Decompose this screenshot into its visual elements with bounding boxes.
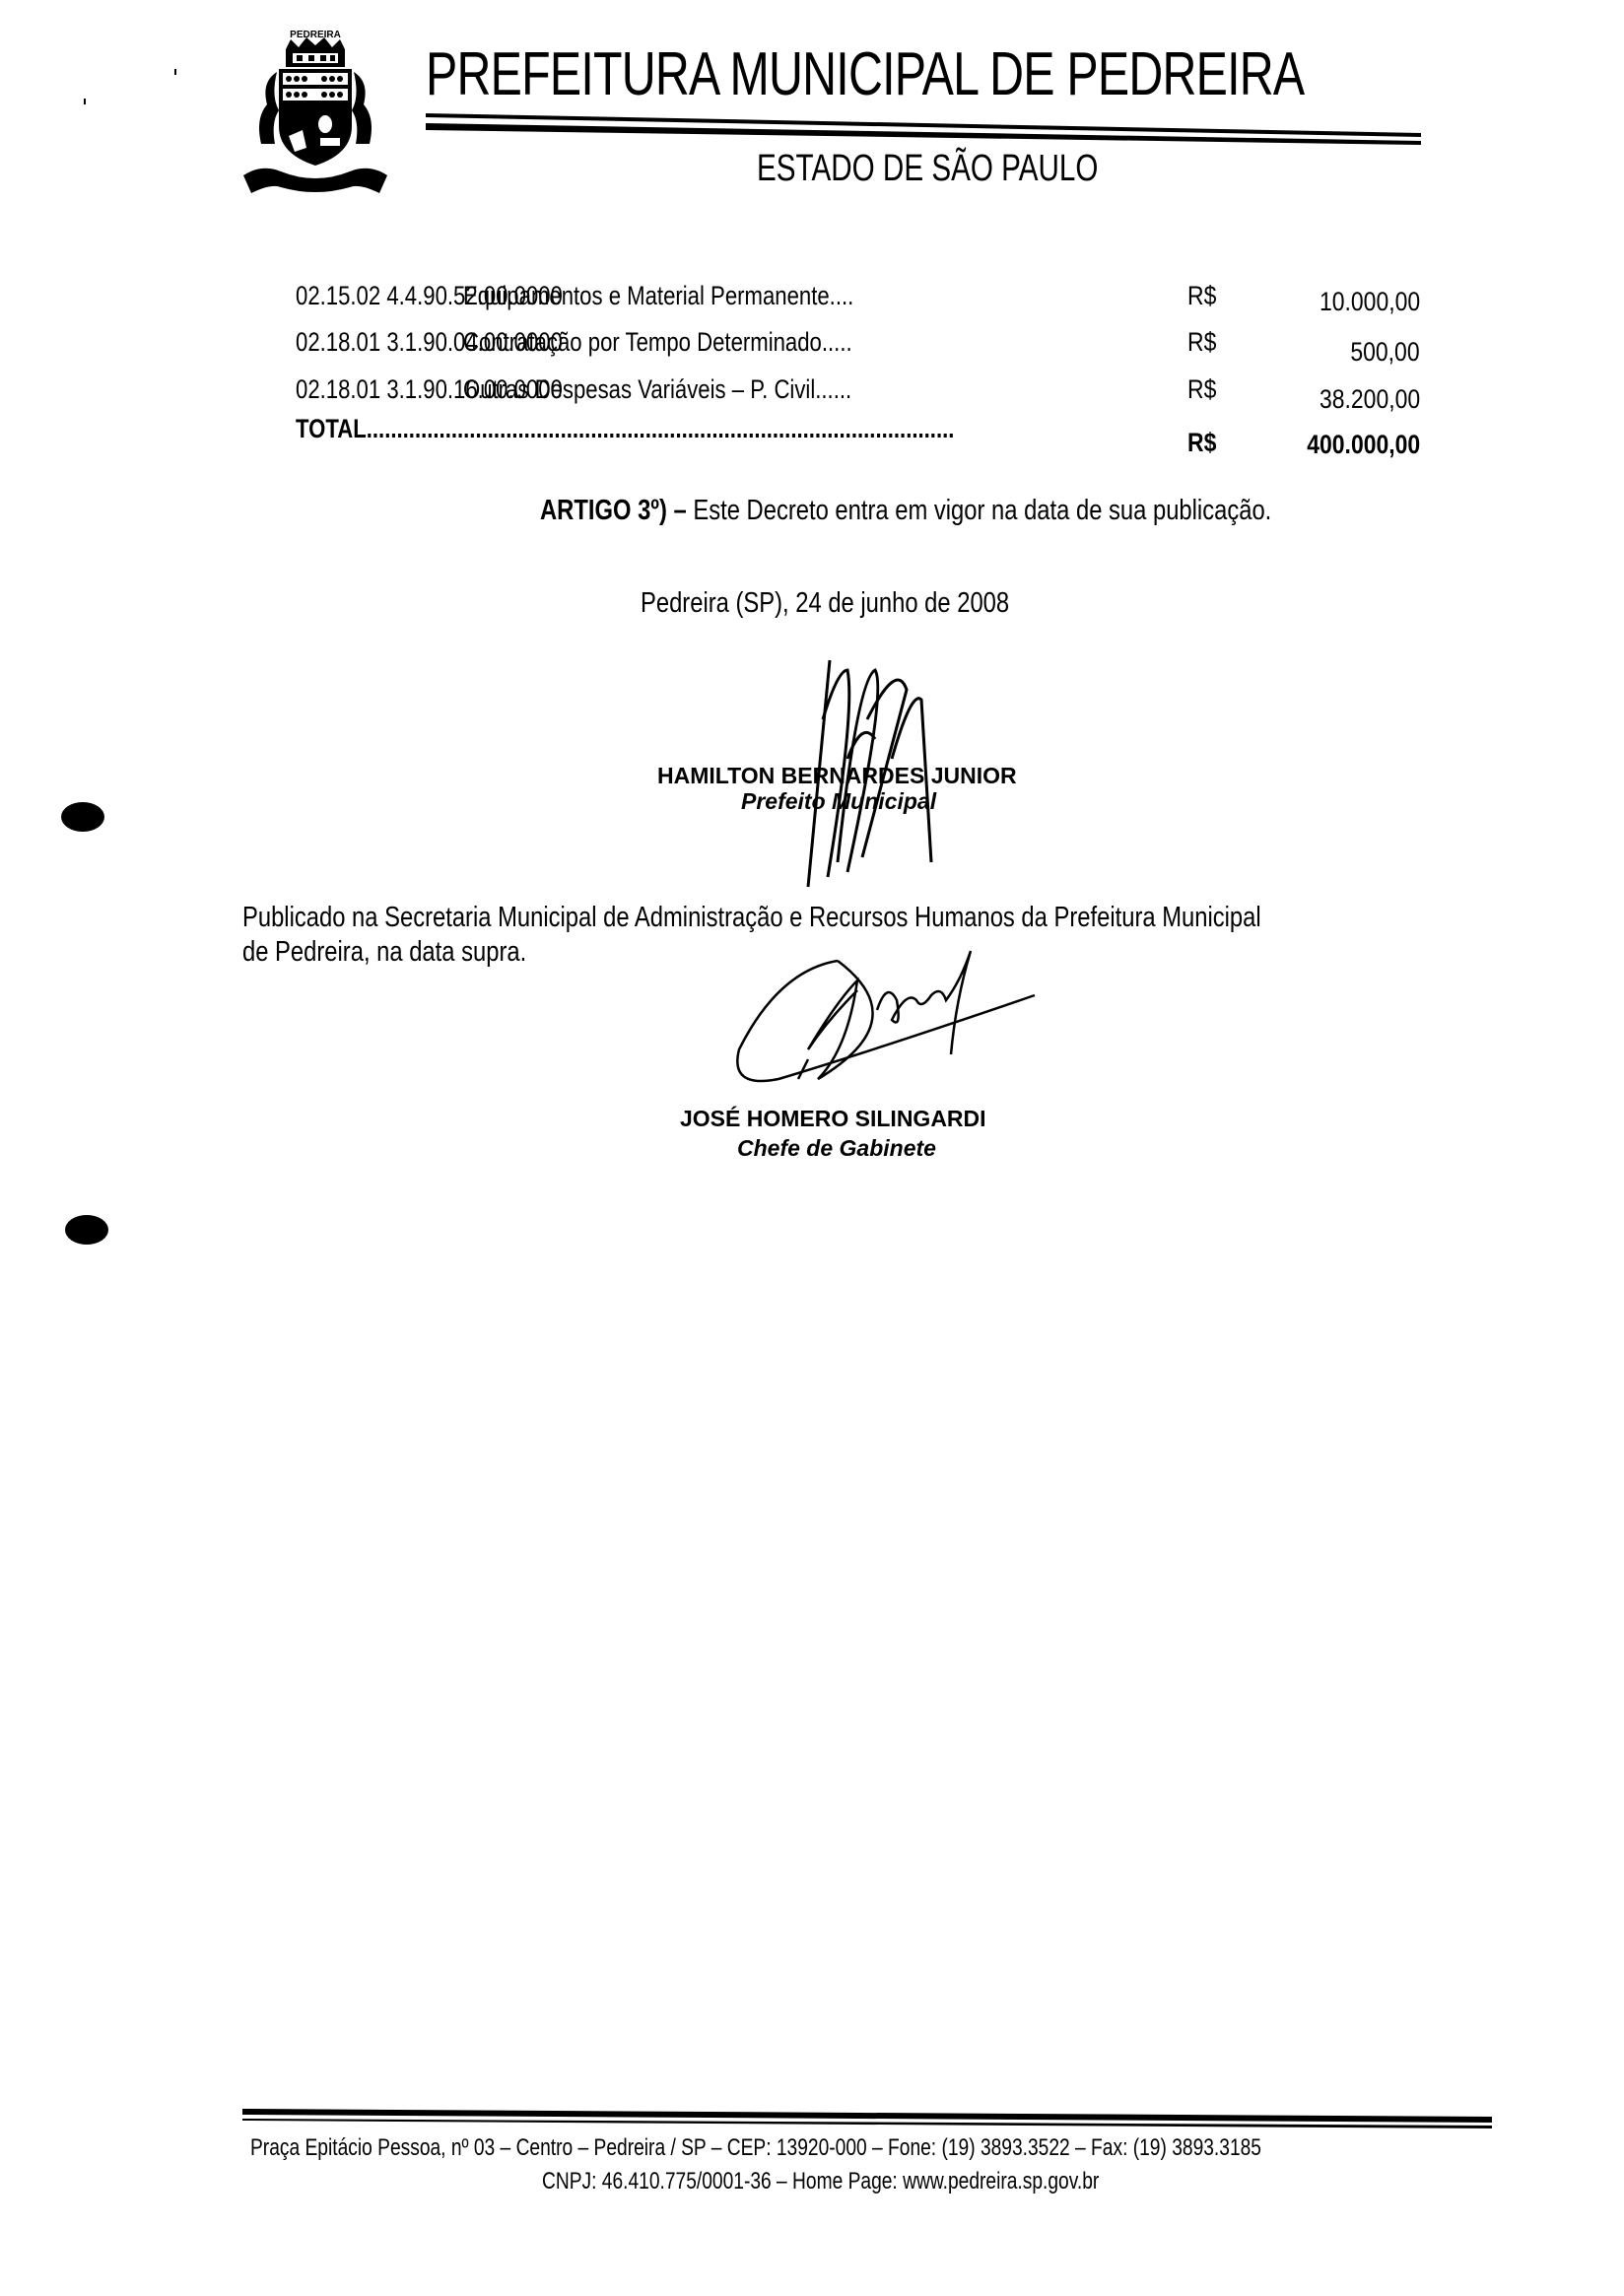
publication-text: Publicado na Secretaria Municipal de Adm… bbox=[242, 902, 1261, 934]
currency-symbol: R$ bbox=[1187, 327, 1216, 358]
currency-symbol: R$ bbox=[1187, 428, 1216, 458]
coat-of-arms-icon: PEDREIRA bbox=[241, 28, 389, 195]
signatory-role: Chefe de Gabinete bbox=[737, 1135, 936, 1162]
date-line: Pedreira (SP), 24 de junho de 2008 bbox=[641, 587, 1009, 620]
footer-address: Praça Epitácio Pessoa, nº 03 – Centro – … bbox=[250, 2134, 1261, 2162]
signatory-name: HAMILTON BERNARDES JUNIOR bbox=[657, 763, 1017, 789]
punch-hole bbox=[61, 802, 104, 832]
page-subtitle: ESTADO DE SÃO PAULO bbox=[757, 148, 1098, 190]
table-row: 02.18.01 3.1.90.16.00.0000 Outras Despes… bbox=[296, 374, 1429, 414]
signatory-name: JOSÉ HOMERO SILINGARDI bbox=[680, 1106, 986, 1132]
table-row: 02.15.02 4.4.90.52.00.0000 Equipamentos … bbox=[296, 281, 1429, 320]
page-title: PREFEITURA MUNICIPAL DE PEDREIRA bbox=[426, 39, 1304, 109]
footer-cnpj: CNPJ: 46.410.775/0001-36 – Home Page: ww… bbox=[542, 2168, 1099, 2195]
article-text: Este Decreto entra em vigor na data de s… bbox=[687, 495, 1272, 526]
signatory-role: Prefeito Municipal bbox=[741, 788, 936, 815]
scan-speck bbox=[174, 69, 176, 75]
punch-hole bbox=[65, 1215, 108, 1245]
account-description: Contratação por Tempo Determinado..... bbox=[463, 327, 852, 358]
amount: 38.200,00 bbox=[1319, 384, 1420, 415]
currency-symbol: R$ bbox=[1187, 281, 1216, 311]
amount: 500,00 bbox=[1351, 337, 1420, 368]
amount: 10.000,00 bbox=[1319, 287, 1420, 317]
currency-symbol: R$ bbox=[1187, 374, 1216, 405]
account-description: Outras Despesas Variáveis – P. Civil....… bbox=[463, 374, 851, 405]
article-paragraph: ARTIGO 3º) – Este Decreto entra em vigor… bbox=[540, 495, 1271, 527]
article-label: ARTIGO 3º) – bbox=[540, 495, 687, 526]
logo-label: PEDREIRA bbox=[290, 30, 341, 40]
publication-text: de Pedreira, na data supra. bbox=[242, 936, 526, 969]
footer-rule bbox=[242, 2109, 1492, 2130]
signature-chief-of-staff bbox=[719, 941, 1074, 1114]
total-label: TOTAL...................................… bbox=[296, 414, 954, 444]
scan-speck bbox=[84, 99, 86, 104]
table-row: 02.18.01 3.1.90.04.00.0000 Contratação p… bbox=[296, 327, 1429, 367]
header-rule bbox=[426, 113, 1421, 145]
total-amount: 400.000,00 bbox=[1307, 430, 1420, 460]
table-total-row: TOTAL...................................… bbox=[296, 414, 1429, 453]
account-description: Equipamentos e Material Permanente.... bbox=[463, 281, 853, 311]
